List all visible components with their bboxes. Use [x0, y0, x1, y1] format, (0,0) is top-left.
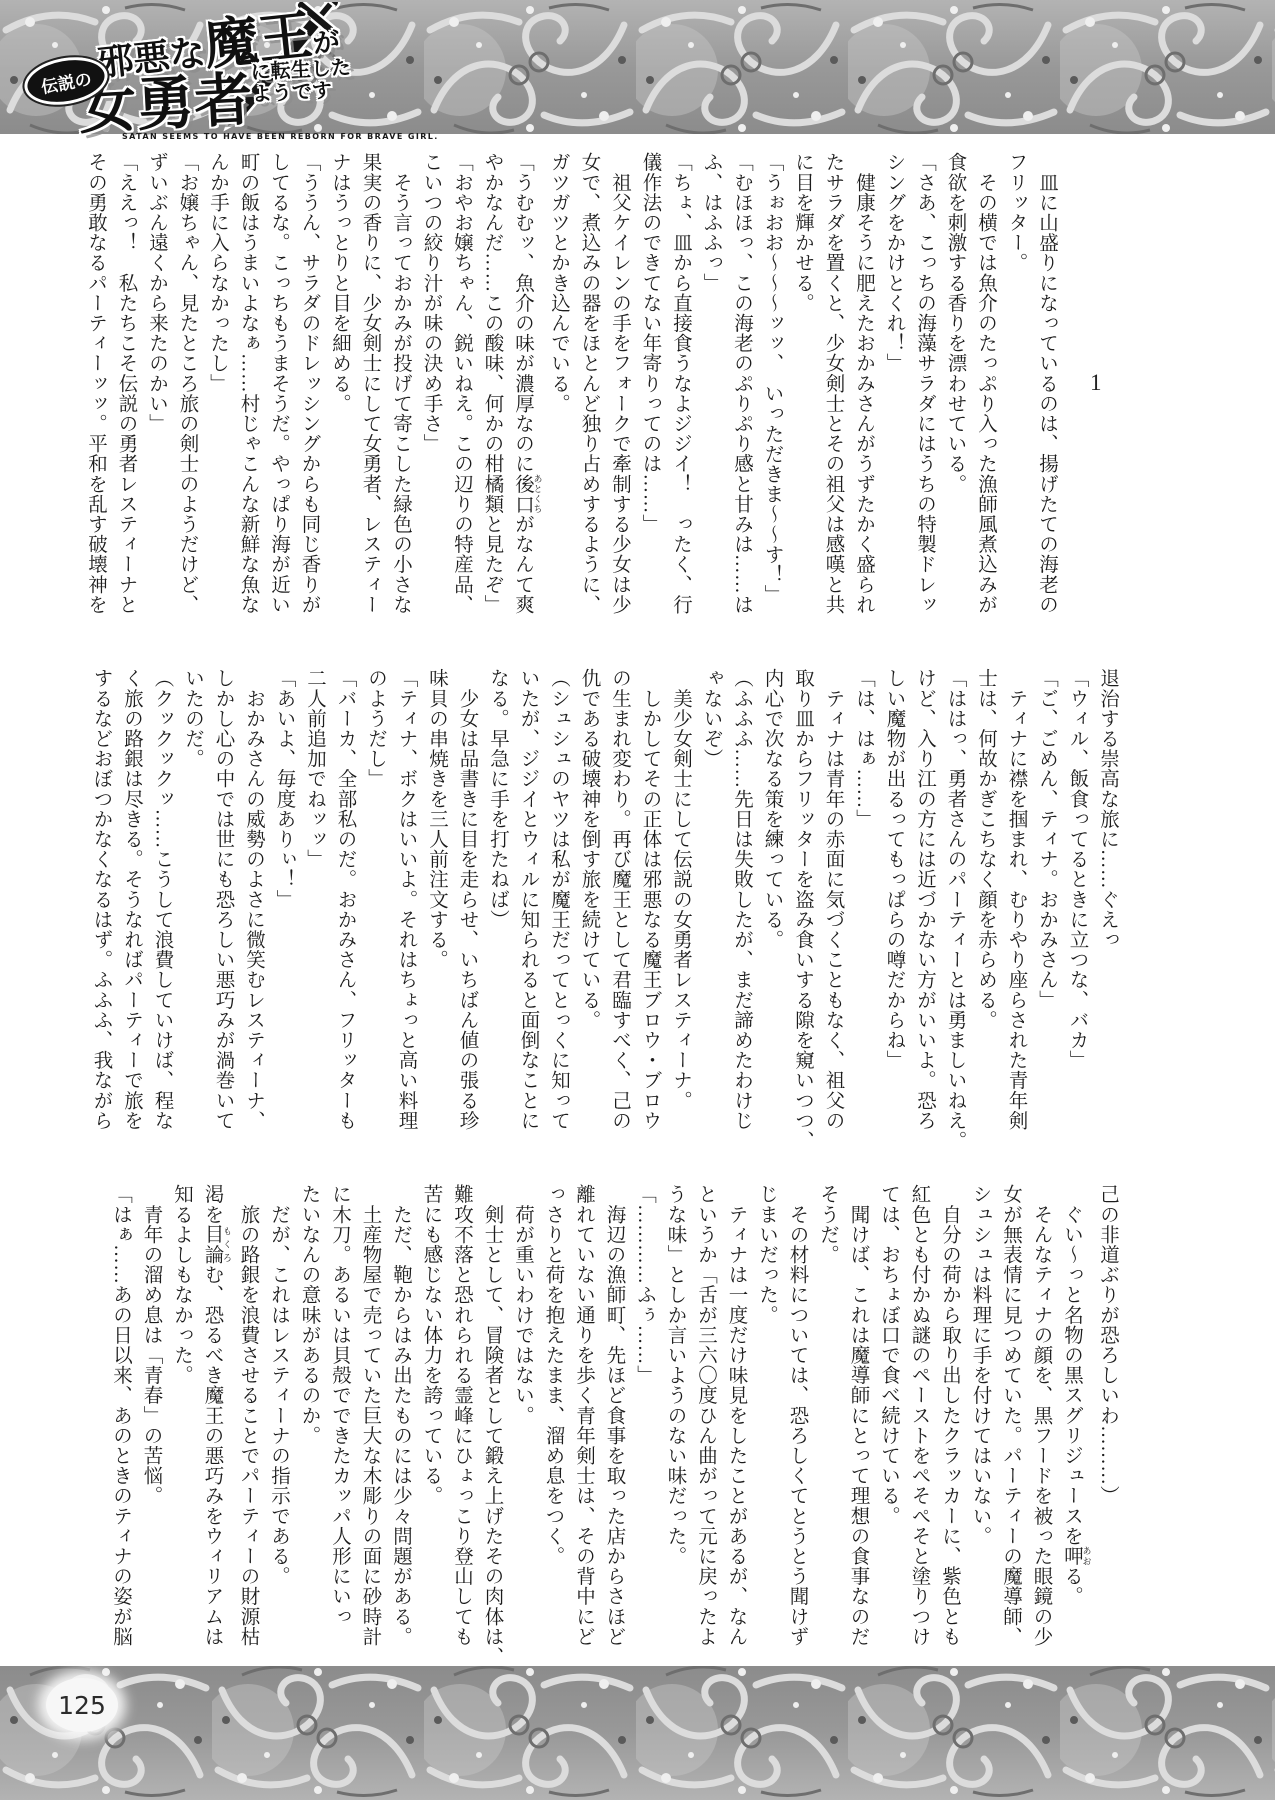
text-line: ティナは一度だけ味見をしたことがあるが、なん — [720, 1184, 751, 1689]
text-line: 難攻不落と恐れられる霊峰にひょっこり登山しても — [446, 1184, 477, 1689]
text-line: いたが、ジジイとウィルに知られると面倒なことに — [512, 668, 543, 1173]
text-line: 「ううん、サラダのドレッシングからも同じ香りが — [293, 152, 324, 657]
text-line: 女で、煮込みの器をほとんど独り占めするように、 — [573, 152, 604, 657]
text-line: 海辺の漁師町、先ほど食事を取った店からさほど — [598, 1184, 629, 1689]
text-line: 味貝の串焼きを三人前注文する。 — [421, 668, 452, 1173]
text-line: 「さあ、こっちの海藻サラダにはうちの特製ドレッ — [909, 152, 940, 657]
text-line: 女が無表情に見つめていた。パーティーの魔導師、 — [995, 1184, 1026, 1689]
text-line: に目を輝かせる。 — [787, 152, 818, 657]
text-line: その材料については、恐ろしくてとうとう聞けず — [781, 1184, 812, 1689]
text-line: 「うむむッ、魚介の味が濃厚なのに後口あとくちがなんて爽 — [507, 152, 543, 657]
text-line: その横では魚介のたっぷり入った漁師風煮込みが — [970, 152, 1001, 657]
text-line: こいつの絞り汁が味の決め手さ」 — [415, 152, 446, 657]
text-line: 「ご、ごめん、ティナ。おかみさん」 — [1031, 668, 1062, 1173]
text-line: 「は、はぁ……」 — [848, 668, 879, 1173]
text-line: 「バーカ、全部私のだ。おかみさん、フリッターも — [329, 668, 360, 1173]
text-line: 取り皿からフリッターを盗み食いする隙を窺いつつ、 — [787, 668, 818, 1173]
text-line: そんなティナの顔を、黒フードを被った眼鏡の少 — [1025, 1184, 1056, 1689]
text-line: けど、入り江の方には近づかない方がいいよ。恐ろ — [909, 668, 940, 1173]
text-line: なる。早急に手を打たねば） — [482, 668, 513, 1173]
text-line: 果実の香りに、少女剣士にして女勇者、レスティー — [354, 152, 385, 657]
text-line: おかみさんの威勢のよさに微笑むレスティーナ、 — [238, 668, 269, 1173]
text-line: だが、これはレスティーナの指示である。 — [263, 1184, 294, 1689]
text-line: するなどおぼつかなくなるはず。ふふふ、我ながら — [85, 668, 116, 1173]
text-line: 内心で次なる策を練っている。 — [756, 668, 787, 1173]
text-line: 「…………ふぅ……」 — [629, 1184, 660, 1689]
text-line: 「うぉおお～～～ッッ、 いっただきま～～す！」 — [756, 152, 787, 657]
text-line: じまいだった。 — [751, 1184, 782, 1689]
text-line: 荷が重いわけではない。 — [507, 1184, 538, 1689]
text-line: ずいぶん遠くから来たのかい」 — [141, 152, 172, 657]
logo-title-suffix: に転生したようです — [250, 57, 352, 106]
text-line: しかし心の中では世にも恐ろしい悪巧みが渦巻いて — [207, 668, 238, 1173]
text-line: っさりと荷を抱えたまま、溜め息をつく。 — [537, 1184, 568, 1689]
text-line: 「お嬢ちゃん、見たところ旅の剣士のようだけど、 — [171, 152, 202, 657]
text-line: 「ウィル、飯食ってるときに立つな、バカ」 — [1061, 668, 1092, 1173]
text-line: 「あいよ、毎度ありぃ！」 — [268, 668, 299, 1173]
text-line: シュシュは料理に手を付けてはいない。 — [964, 1184, 995, 1689]
text-line: ティナは青年の赤面に気づくこともなく、祖父の — [817, 668, 848, 1173]
ruby-annotation: 後口あとくち — [512, 474, 533, 514]
text-line: シングをかけとくれ！」 — [878, 152, 909, 657]
text-line: の生まれ変わり。再び魔王として君臨すべく、己の — [604, 668, 635, 1173]
page-number-circle: 125 — [46, 1678, 118, 1732]
text-line: 士は、何故かぎこちなく顔を赤らめる。 — [970, 668, 1001, 1173]
text-line: 己の非道ぶりが恐ろしいわ………） — [1092, 1184, 1123, 1689]
text-line: 美少女剣士にして伝説の女勇者レスティーナ。 — [665, 668, 696, 1173]
text-line: 聞けば、これは魔導師にとって理想の食事なのだ — [842, 1184, 873, 1689]
text-line: ただ、鞄からはみ出たものには少々問題がある。 — [385, 1184, 416, 1689]
text-line: （ふふふ……先日は失敗したが、まだ諦めたわけじ — [726, 668, 757, 1173]
text-line: 剣士として、冒険者として鍛え上げたその肉体は、 — [476, 1184, 507, 1689]
text-line: 仇である破壊神を倒す旅を続けている。 — [573, 668, 604, 1173]
text-line: 知るよしもなかった。 — [166, 1184, 197, 1689]
text-line: 儀作法のできてない年寄りってのは……」 — [634, 152, 665, 657]
text-line: しかしてその正体は邪悪なる魔王ブロウ・ブロウ — [634, 668, 665, 1173]
text-line: ティナに襟を掴まれ、むりやり座らされた青年剣 — [1000, 668, 1031, 1173]
text-line: 健康そうに肥えたおかみさんがうずたかく盛られ — [848, 152, 879, 657]
text-line: しい魔物が出るってもっぱらの噂だからね」 — [878, 668, 909, 1173]
text-line: 苦にも感じない体力を誇っている。 — [415, 1184, 446, 1689]
text-line: そう言っておかみが投げて寄こした緑色の小さな — [385, 152, 416, 657]
text-line: 食欲を刺激する香りを漂わせている。 — [939, 152, 970, 657]
text-line: 「ははっ、勇者さんのパーティーとは勇ましいねえ。 — [939, 668, 970, 1173]
text-line: 「ティナ、ボクはいいよ。それはちょっと高い料理 — [390, 668, 421, 1173]
text-line: （クックックッ……こうして浪費していけば、程な — [146, 668, 177, 1173]
text-line: 二人前追加でねッッ」 — [299, 668, 330, 1173]
text-line: ぐい～っと名物の黒スグリジュースを呷あおる。 — [1056, 1184, 1092, 1689]
text-line: 少女は品書きに目を走らせ、いちばん値の張る珍 — [451, 668, 482, 1173]
text-line: ナはうっとりと目を細める。 — [324, 152, 355, 657]
text-line: 「ええっ！ 私たちこそ伝説の勇者レスティーナと — [110, 152, 141, 657]
page-number: 125 — [58, 1691, 106, 1720]
text-line: 離れていない通りを歩く青年剣士は、その背中にど — [568, 1184, 599, 1689]
text-line: 町の飯はうまいよなぁ……村じゃこんな新鮮な魚な — [232, 152, 263, 657]
logo-english-caption: SATAN SEEMS TO HAVE BEEN REBORN FOR BRAV… — [122, 132, 439, 141]
text-line: （シュシュのヤツは私が魔王だってとっくに知って — [543, 668, 574, 1173]
text-line: そうだ。 — [812, 1184, 843, 1689]
text-line: いたのだ。 — [177, 668, 208, 1173]
text-line: 紅色とも付かぬ謎のペーストをぺそぺそと塗りつけ — [903, 1184, 934, 1689]
text-line: フリッター。 — [1000, 152, 1031, 657]
text-line: に木刀。あるいは貝殻でできたカッパ人形にいっ — [324, 1184, 355, 1689]
text-line: たいなんの意味があるのか。 — [293, 1184, 324, 1689]
text-line: んか手に入らなかったし」 — [202, 152, 233, 657]
ruby-annotation: 目論もくろ — [202, 1224, 223, 1264]
text-line: 土産物屋で売っていた巨大な木彫りの面に砂時計 — [354, 1184, 385, 1689]
text-line: 「おやお嬢ちゃん、鋭いねえ。この辺りの特産品、 — [446, 152, 477, 657]
text-line: 皿に山盛りになっているのは、揚げたての海老の — [1031, 152, 1062, 657]
text-line: やかなんだ……この酸味、何かの柑橘類と見たぞ」 — [476, 152, 507, 657]
text-line: うな味」としか言いようのない味だった。 — [659, 1184, 690, 1689]
text-line: 退治する崇高な旅に……ぐえっ — [1092, 668, 1123, 1173]
text-line: 「ちょ、皿から直接食うなよジジイ！ ったく、行 — [665, 152, 696, 657]
text-band-middle: 退治する崇高な旅に……ぐえっ「ウィル、飯食ってるときに立つな、バカ」「ご、ごめん… — [82, 668, 1122, 1173]
series-logo: 伝説の 邪悪な魔王が 女勇者に転生したようです SATAN SEEMS TO H… — [26, 2, 426, 154]
text-line: のようだし」 — [360, 668, 391, 1173]
novel-page: 伝説の 邪悪な魔王が 女勇者に転生したようです SATAN SEEMS TO H… — [0, 0, 1275, 1800]
text-line: たサラダを置くと、少女剣士とその祖父は感嘆と共 — [817, 152, 848, 657]
text-line: ては、おちょぼ口で食べ続けている。 — [873, 1184, 904, 1689]
text-line: ゃないぞ） — [695, 668, 726, 1173]
logo-title-part6: ようです — [251, 79, 352, 106]
text-line: してるな。こっちもうまそうだ。やっぱり海が近い — [263, 152, 294, 657]
text-line: 自分の荷から取り出したクラッカーに、紫色とも — [934, 1184, 965, 1689]
text-line: 旅の路銀を浪費させることでパーティーの財源枯 — [232, 1184, 263, 1689]
ruby-annotation: 呷あお — [1061, 1546, 1082, 1566]
text-line: ガツガツとかき込んでいる。 — [543, 152, 574, 657]
text-band-bottom: 己の非道ぶりが恐ろしいわ………） ぐい～っと名物の黒スグリジュースを呷あおる。 … — [82, 1184, 1122, 1689]
text-line: 青年の溜め息は「青春」の苦悩。 — [135, 1184, 166, 1689]
text-line: 「はぁ……あの日以来、あのときのティナの姿が脳 — [105, 1184, 136, 1689]
text-line: ふ、はふふっ」 — [695, 152, 726, 657]
text-line: というか「舌が三六〇度ひん曲がって元に戻ったよ — [690, 1184, 721, 1689]
text-line: く旅の路銀は尽きる。そうなればパーティーで旅を — [116, 668, 147, 1173]
text-line: 「むほほっ、この海老のぷりぷり感と甘みは……は — [726, 152, 757, 657]
text-band-top: 皿に山盛りになっているのは、揚げたての海老のフリッター。 その横では魚介のたっぷ… — [82, 152, 1122, 657]
text-line: 渇を目論もくろむ、恐るべき魔王の悪巧みをウィリアムは — [196, 1184, 232, 1689]
text-line: 祖父ケイレンの手をフォークで牽制する少女は少 — [604, 152, 635, 657]
text-line: その勇敢なるパーティーッッ。平和を乱す破壊神を — [80, 152, 111, 657]
logo-title-line2: 女勇者に転生したようです — [76, 47, 354, 145]
